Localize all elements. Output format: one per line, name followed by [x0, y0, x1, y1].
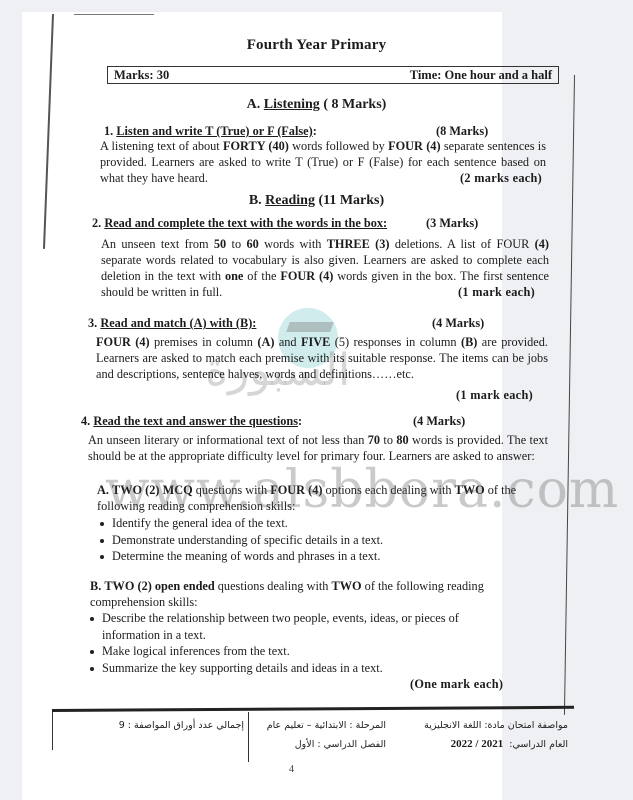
- section-reading-heading: B. Reading (11 Marks): [0, 193, 633, 209]
- question-3-description: FOUR (4) premises in column (A) and FIVE…: [96, 334, 548, 382]
- section-listening-heading: A. Listening ( 8 Marks): [0, 97, 633, 113]
- skill-bullet-item: Summarize the key supporting details and…: [88, 660, 468, 677]
- time-label: Time: One hour and a half: [410, 68, 552, 83]
- question-2-heading: 2. Read and complete the text with the w…: [92, 216, 387, 231]
- marks-time-box: Marks: 30 Time: One hour and a half: [107, 66, 559, 84]
- watermark-graduation-cap-icon: [286, 322, 334, 332]
- question-3-marks-each: (1 mark each): [456, 388, 533, 403]
- page-number: 4: [289, 764, 294, 775]
- footer-cell-stage: المرحلة : الابتدائية – تعليم عام الفصل ا…: [248, 712, 390, 762]
- question-1-marks-each: (2 marks each): [460, 171, 542, 186]
- part-a-skills-list: Identify the general idea of the text.De…: [98, 515, 538, 565]
- skill-bullet-item: Make logical inferences from the text.: [88, 643, 468, 660]
- marks-label: Marks: 30: [114, 68, 169, 83]
- part-b-skills-list: Describe the relationship between two pe…: [88, 610, 468, 676]
- skill-bullet-item: Determine the meaning of words and phras…: [98, 548, 538, 565]
- question-1-heading: 1. Listen and write T (True) or F (False…: [104, 124, 317, 139]
- question-2-marks: (3 Marks): [426, 216, 478, 231]
- question-4-marks: (4 Marks): [413, 414, 465, 429]
- question-2-marks-each: (1 mark each): [458, 285, 535, 300]
- question-3-heading: 3. Read and match (A) with (B):: [88, 316, 256, 331]
- skill-bullet-item: Describe the relationship between two pe…: [88, 610, 468, 643]
- footer-cell-total-pages: إجمالي عدد أوراق المواصفة : 9: [52, 712, 248, 750]
- question-4-heading: 4. Read the text and answer the question…: [81, 414, 302, 429]
- footer-cell-subject: مواصفة امتحان مادة: اللغة الانجليزية الع…: [390, 712, 572, 762]
- exam-spec-footer-table: مواصفة امتحان مادة: اللغة الانجليزية الع…: [52, 712, 572, 762]
- skill-bullet-item: Demonstrate understanding of specific de…: [98, 532, 538, 549]
- question-4-part-b: B. TWO (2) open ended questions dealing …: [90, 578, 510, 610]
- question-1-marks: (8 Marks): [436, 124, 488, 139]
- question-3-marks: (4 Marks): [432, 316, 484, 331]
- document-title: Fourth Year Primary: [0, 37, 633, 54]
- watermark-url-text: www.alsbbora.com: [105, 460, 619, 520]
- question-4-marks-each: (One mark each): [410, 677, 503, 692]
